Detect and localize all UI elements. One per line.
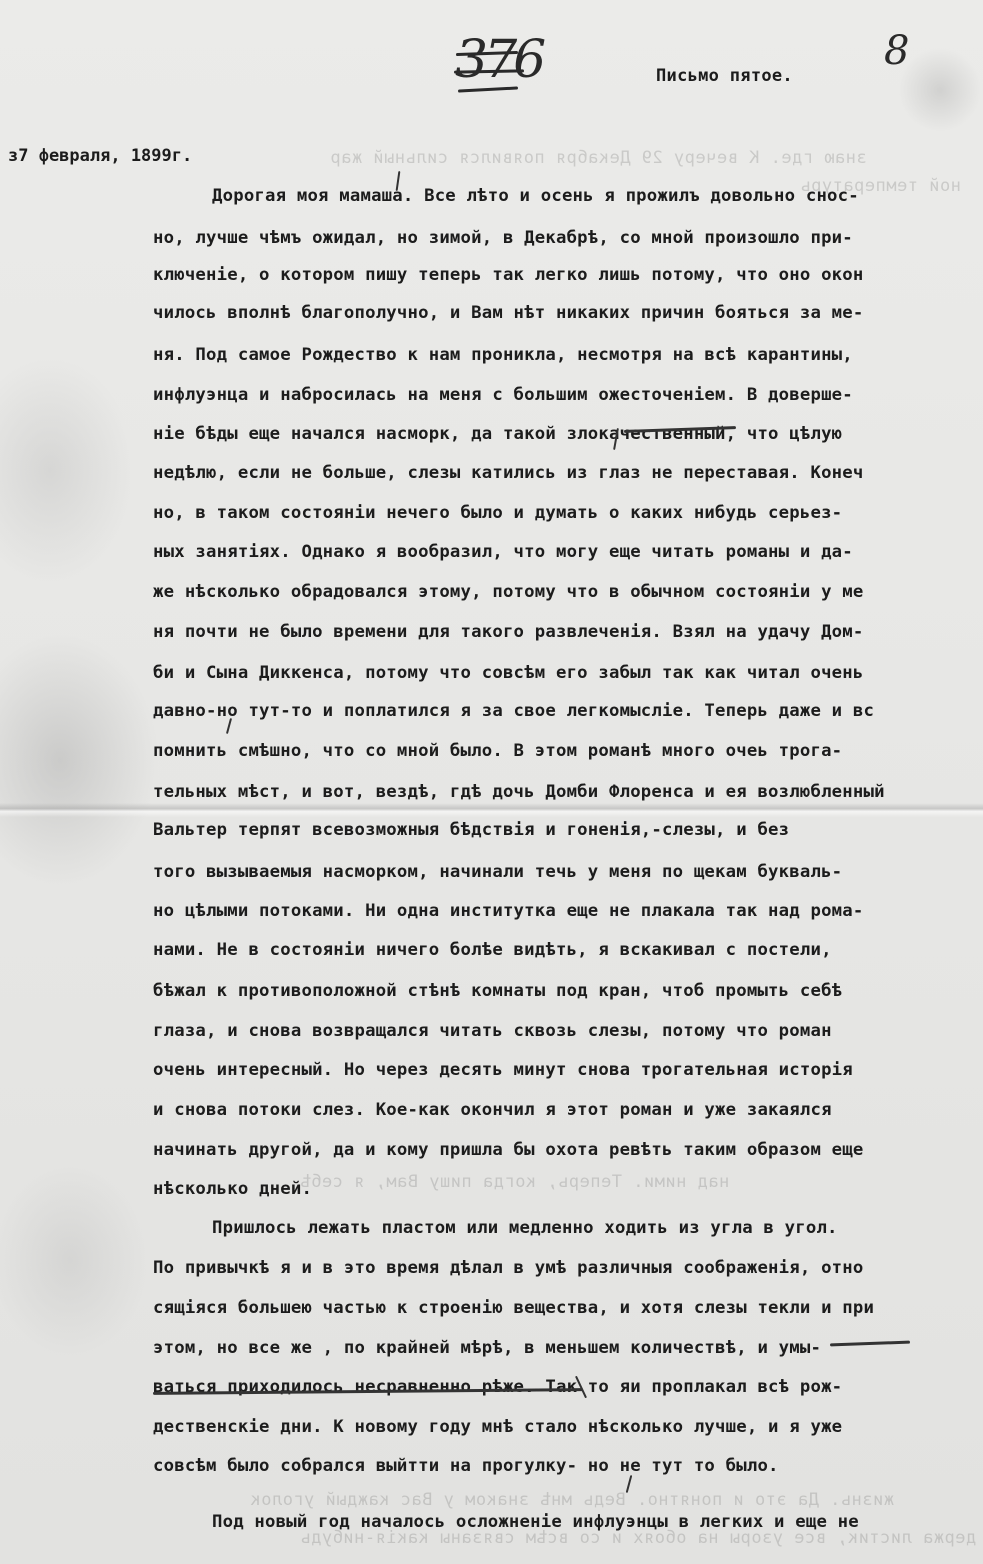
text-line: ключенiе, о котором пишу теперь так легк… <box>153 265 863 285</box>
text-line: нiе бѣды еще начался насморк, да такой з… <box>153 424 842 444</box>
text-line: очень интересный. Но через десять минут … <box>153 1060 853 1080</box>
text-line: но, в таком состоянiи нечего было и дума… <box>153 503 842 523</box>
text-line: нами. Не в состоянiи ничего болѣе видѣть… <box>153 940 832 960</box>
text-line: этом, но все же , по крайней мѣрѣ, в мен… <box>153 1338 821 1358</box>
text-line: По привычкѣ я и в это время дѣлал в умѣ … <box>153 1258 863 1278</box>
text-line: нѣсколько дней. <box>153 1179 312 1199</box>
text-line: бѣжал к противоположной стѣнѣ комнаты по… <box>153 981 842 1001</box>
text-line: ня. Под самое Рождество к нам проникла, … <box>153 345 853 365</box>
text-line: Пришлось лежать пластом или медленно ход… <box>212 1218 838 1238</box>
text-line: того вызываемыя насморком, начинали течь… <box>153 862 842 882</box>
text-line: би и Сына Диккенса, потому что совсѣм ег… <box>153 663 863 683</box>
text-line: давно-но тут-то и поплатился я за свое л… <box>153 701 874 721</box>
text-line: Вальтер терпят всевозможныя бѣдствiя и г… <box>153 820 789 840</box>
text-line: совсѣм было собрался выйтти на прогулку-… <box>153 1456 779 1476</box>
text-line: и снова потоки слез. Кое-как окончил я э… <box>153 1100 832 1120</box>
text-line: но, лучше чѣмъ ожидал, но зимой, в Декаб… <box>153 228 853 248</box>
bleed-through-text: над ними. Теперь, когда пишу Вам, я себѣ <box>300 1172 729 1192</box>
text-line: сящiяся большею частью к строенiю вещест… <box>153 1298 874 1318</box>
text-line: же нѣсколько обрадовался этому, потому ч… <box>153 582 863 602</box>
text-line: дественскiе дни. К новому году мнѣ стало… <box>153 1417 842 1437</box>
page-number: 8 <box>884 28 909 74</box>
text-line: чилось вполнѣ благополучно, и Вам нѣт ни… <box>153 303 863 323</box>
text-line: тельных мѣст, и вот, вездѣ, гдѣ дочь Дом… <box>153 782 885 802</box>
text-line: глаза, и снова возвращался читать сквозь… <box>153 1021 832 1041</box>
pen-strikethrough <box>830 1341 910 1347</box>
letter-date: з7 февраля, 1899г. <box>8 146 192 166</box>
text-line: но цѣлыми потоками. Ни одна институтка е… <box>153 901 863 921</box>
text-line: помнить смѣшно, что со мной было. В этом… <box>153 741 842 761</box>
letter-title: Письмо пятое. <box>656 66 793 86</box>
text-line: ваться приходилось несравненно рѣже. Так… <box>153 1377 842 1397</box>
archive-number-crossed: 376 <box>455 30 542 90</box>
document-page: знаю где. К вечеру 29 Декабря появился с… <box>0 0 983 1564</box>
text-line: Дорогая моя мамаша. Все лѣто и осень я п… <box>212 186 859 206</box>
bleed-through-text: жизнь. Да это и понятно. Ведь мнѣ знаком… <box>250 1490 894 1510</box>
text-line: недѣлю, если не больше, слезы катились и… <box>153 463 863 483</box>
text-line: ня почти не было времени для такого разв… <box>153 622 863 642</box>
bleed-through-text: знаю где. К вечеру 29 Декабря появился с… <box>330 148 867 168</box>
text-line: ных занятiях. Однако я вообразил, что мо… <box>153 542 853 562</box>
text-line: начинать другой, да и кому пришла бы охо… <box>153 1140 863 1160</box>
paper-fold-crease <box>0 803 983 817</box>
text-line: инфлуэнца и набросилась на меня с больши… <box>153 385 853 405</box>
text-line: Под новый год началось осложненiе инфлуэ… <box>212 1512 859 1532</box>
